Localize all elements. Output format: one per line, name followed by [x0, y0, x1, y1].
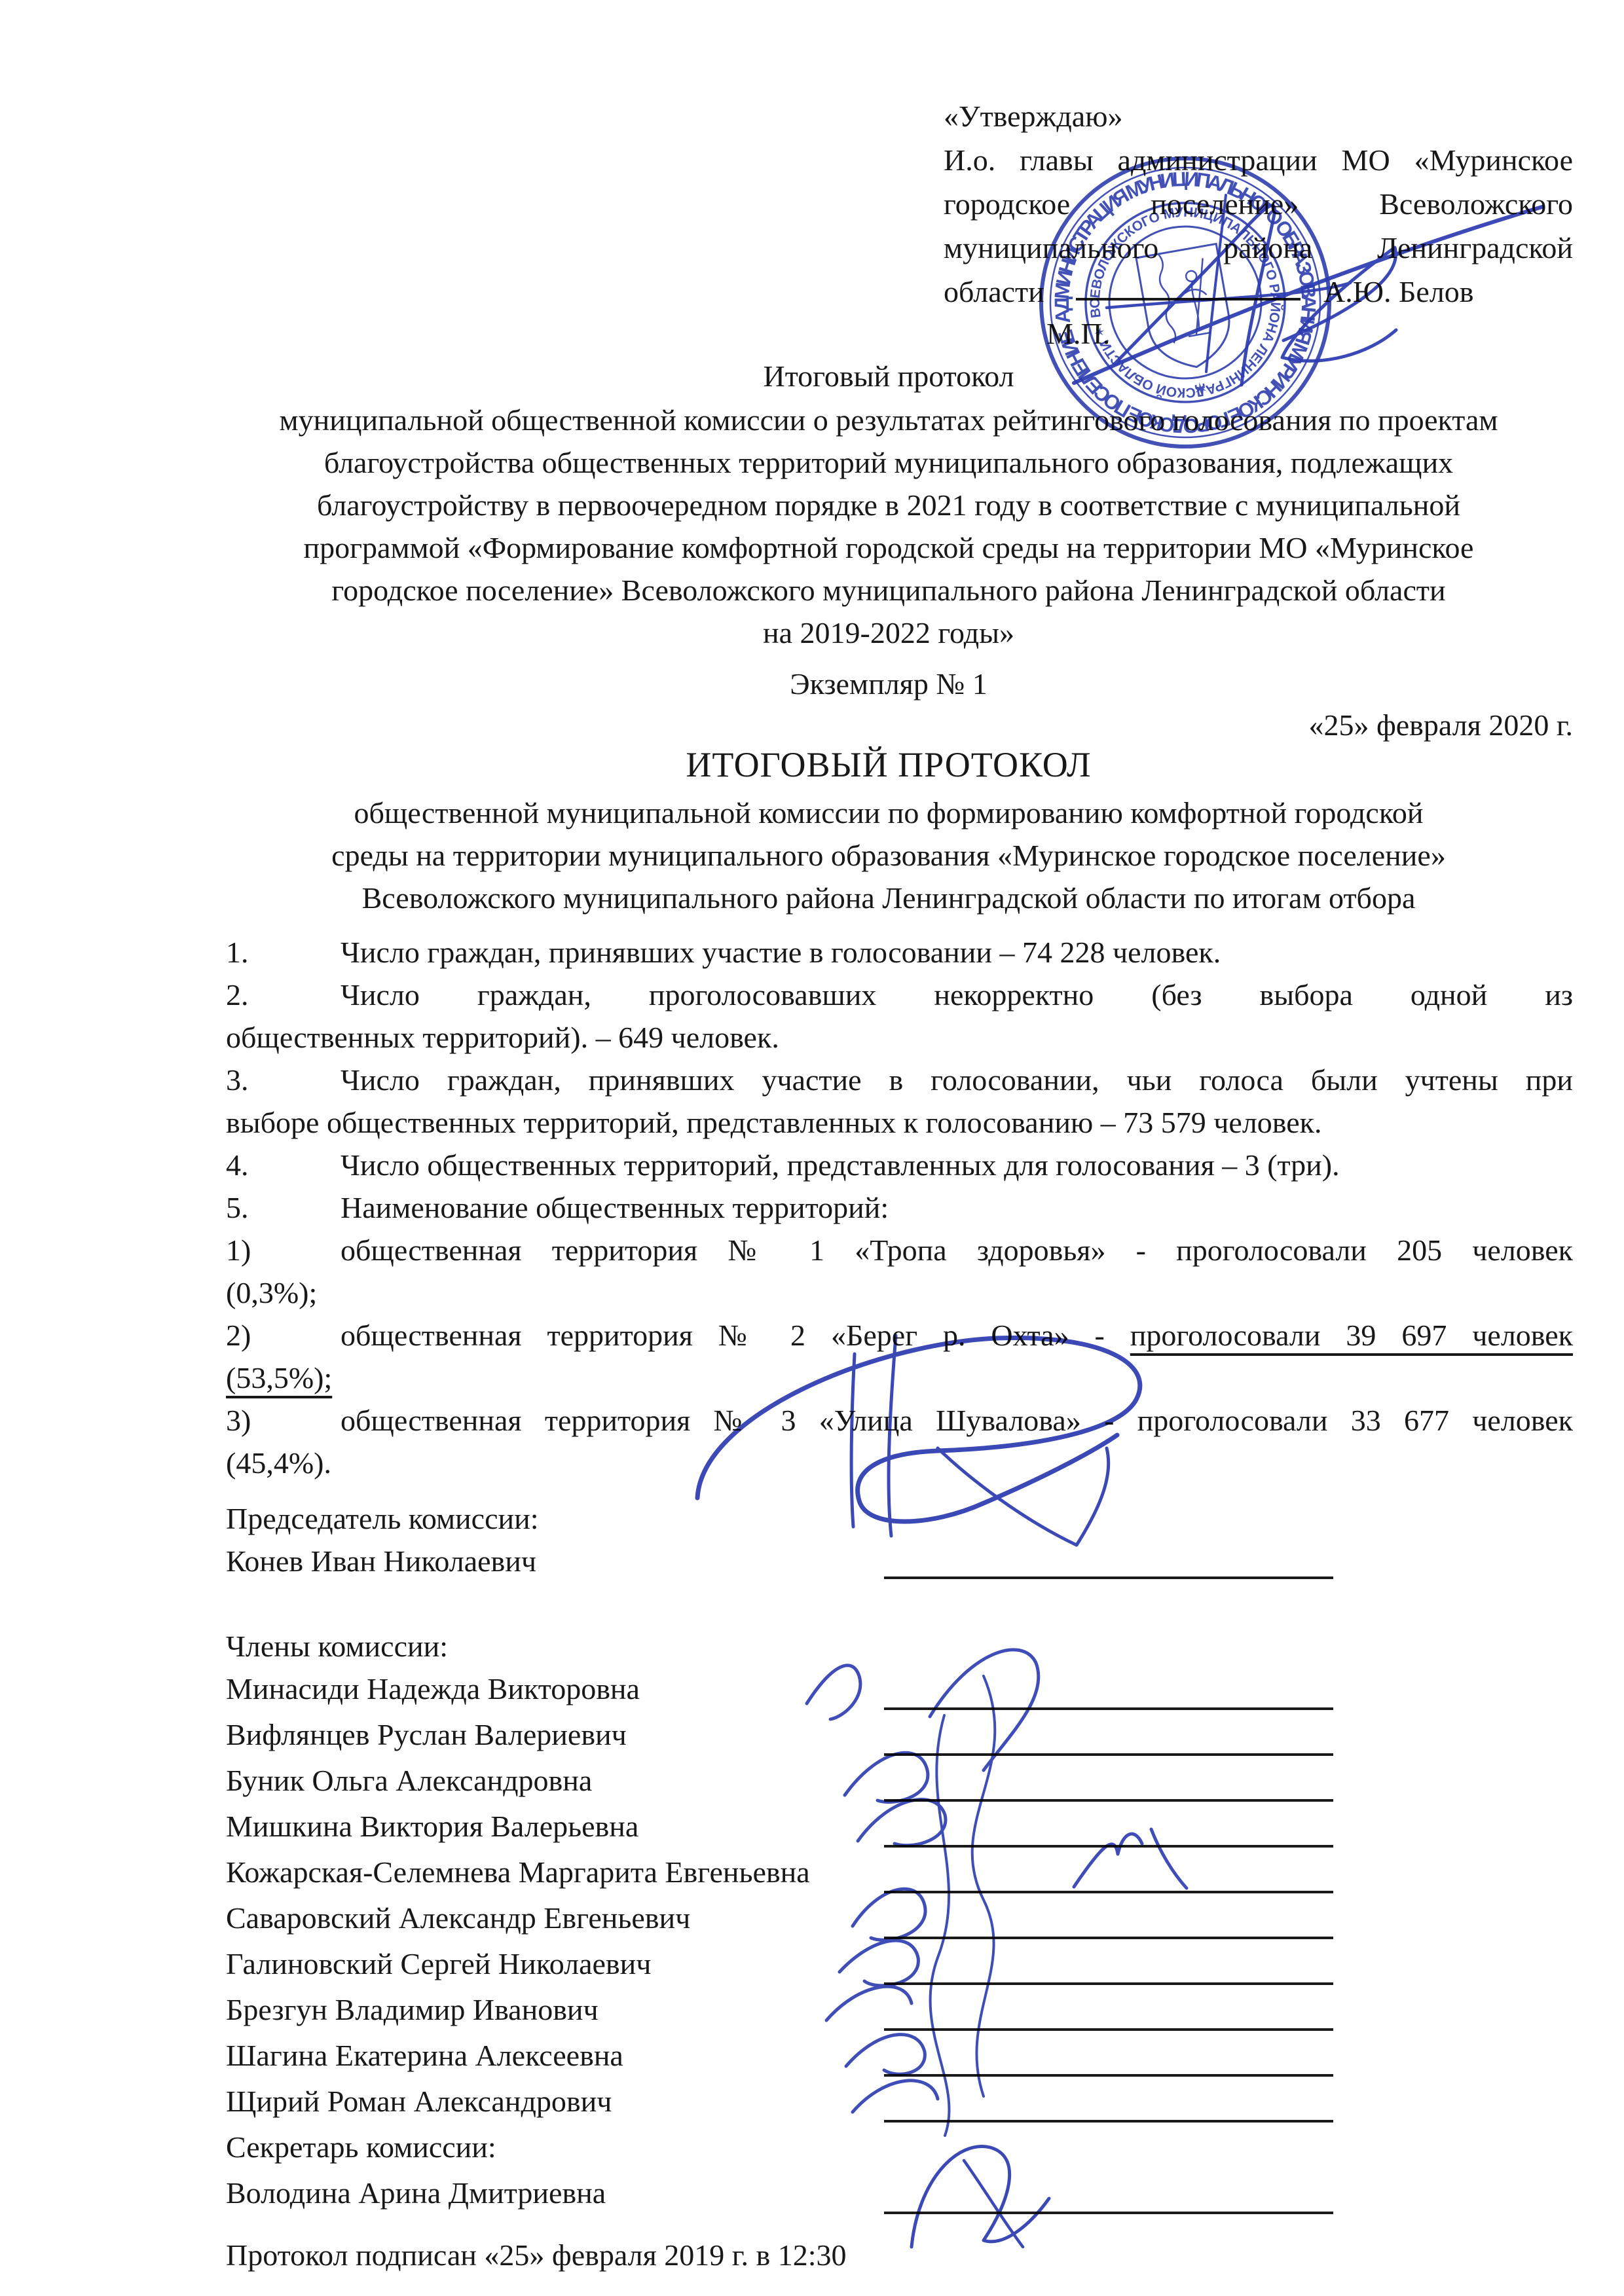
member-name: Щирий Роман Александрович — [226, 2082, 612, 2121]
signature-line — [884, 1937, 1333, 1939]
item-text: общественная территория № 3 «Улица Шувал… — [341, 1404, 1573, 1437]
seal-place-mark: М.П. — [1046, 314, 1110, 354]
title-line-6: на 2019-2022 годы» — [204, 613, 1573, 653]
item-number: 1) — [226, 1231, 341, 1270]
item-text: Число граждан, принявших участие в голос… — [341, 936, 1221, 969]
signature-line — [884, 2074, 1333, 2077]
body-line-1: 1.Число граждан, принявших участие в гол… — [226, 933, 1573, 972]
signature-line — [884, 2212, 1333, 2214]
member-name: Минасиди Надежда Викторовна — [226, 1669, 640, 1709]
item-text: общественных территорий). – 649 человек. — [226, 1021, 779, 1054]
item-number: 2. — [226, 975, 341, 1015]
item-number: 3) — [226, 1401, 341, 1440]
approval-line-1: «Утверждаю» — [944, 97, 1573, 136]
signature-line — [884, 1576, 1333, 1579]
signature-line — [884, 2028, 1333, 2031]
title-line-1: муниципальной общественной комиссии о ре… — [204, 401, 1573, 440]
item-number: 4. — [226, 1146, 341, 1185]
title-line-4: программой «Формирование комфортной горо… — [204, 528, 1573, 568]
secretary-label: Секретарь комиссии: — [226, 2128, 496, 2167]
signature-line — [884, 1707, 1333, 1710]
footer-signed-line: Протокол подписан «25» февраля 2019 г. в… — [226, 2236, 846, 2275]
signature-line — [884, 1982, 1333, 1985]
item-text: Число граждан, проголосовавших некоррект… — [341, 978, 1573, 1011]
body-line-5: выборе общественных территорий, представ… — [226, 1103, 1573, 1142]
item-text: общественная территория № 2 «Берег р. Ох… — [341, 1319, 1130, 1352]
body-line-8: 1)общественная территория № 1 «Тропа здо… — [226, 1231, 1573, 1270]
member-name: Кожарская-Селемнева Маргарита Евгеньевна — [226, 1853, 810, 1892]
item-text: общественная территория № 1 «Тропа здоро… — [341, 1233, 1573, 1267]
secretary-signature — [912, 2147, 1049, 2247]
body-line-3: общественных территорий). – 649 человек. — [226, 1018, 1573, 1057]
item-text: Число общественных территорий, представл… — [341, 1148, 1340, 1182]
title-line-3: благоустройству в первоочередном порядке… — [204, 486, 1573, 525]
body-line-4: 3.Число граждан, принявших участие в гол… — [226, 1061, 1573, 1100]
protocol-subtitle-1: общественной муниципальной комиссии по ф… — [204, 793, 1573, 833]
body-line-10: 2)общественная территория № 2 «Берег р. … — [226, 1316, 1573, 1355]
member-name: Саваровский Александр Евгеньевич — [226, 1899, 690, 1938]
signature-line — [884, 1799, 1333, 1802]
member-name: Буник Ольга Александровна — [226, 1761, 592, 1800]
title-line-2: благоустройства общественных территорий … — [204, 443, 1573, 483]
copy-label: Экземпляр № 1 — [204, 665, 1573, 704]
approval-signer-name: А.Ю. Белов — [1323, 272, 1474, 312]
signature-line — [884, 1753, 1333, 1756]
chairman-label: Председатель комиссии: — [226, 1499, 539, 1539]
chairman-name: Конев Иван Николаевич — [226, 1542, 536, 1581]
item-text: (45,4%). — [226, 1446, 331, 1480]
signature-line — [884, 2120, 1333, 2123]
secretary-name: Володина Арина Дмитриевна — [226, 2174, 606, 2213]
body-line-2: 2.Число граждан, проголосовавших некорре… — [226, 975, 1573, 1015]
signature-line — [884, 1891, 1333, 1893]
date-label: «25» февраля 2020 г. — [204, 706, 1573, 745]
item-number: 2) — [226, 1316, 341, 1355]
member-name: Вифлянцев Руслан Валериевич — [226, 1715, 627, 1755]
approval-line-3: городское поселение» Всеволожского — [944, 185, 1573, 224]
approval-line-4: муниципального района Ленинградской — [944, 228, 1573, 268]
item-number: 1. — [226, 933, 341, 972]
members-label: Члены комиссии: — [226, 1627, 448, 1666]
scanned-protocol-page: «Утверждаю» И.о. главы администрации МО … — [0, 0, 1624, 2296]
body-line-7: 5.Наименование общественных территорий: — [226, 1188, 1573, 1228]
underlined-result: (53,5%); — [226, 1361, 332, 1394]
member-name: Шагина Екатерина Алексеевна — [226, 2036, 623, 2075]
body-line-12: 3)общественная территория № 3 «Улица Шув… — [226, 1401, 1573, 1440]
signature-line — [884, 1845, 1333, 1848]
approval-signature-line — [1076, 298, 1301, 301]
title-line-5: городское поселение» Всеволожского муниц… — [204, 571, 1573, 610]
item-text: Наименование общественных территорий: — [341, 1191, 889, 1224]
body-line-9: (0,3%); — [226, 1273, 1573, 1313]
item-text: (0,3%); — [226, 1276, 317, 1309]
body-line-6: 4.Число общественных территорий, предста… — [226, 1146, 1573, 1185]
protocol-subtitle-2: среды на территории муниципального образ… — [204, 836, 1573, 875]
title-heading: Итоговый протокол — [204, 357, 1573, 396]
item-text: Число граждан, принявших участие в голос… — [341, 1063, 1573, 1097]
item-number: 3. — [226, 1061, 341, 1100]
member-name: Брезгун Владимир Иванович — [226, 1990, 599, 2030]
approval-line-5-region: области — [944, 272, 1044, 312]
item-number: 5. — [226, 1188, 341, 1228]
body-line-11: (53,5%); — [226, 1358, 1573, 1398]
protocol-heading: ИТОГОВЫЙ ПРОТОКОЛ — [204, 745, 1573, 784]
protocol-subtitle-3: Всеволожского муниципального района Лени… — [204, 879, 1573, 918]
member-name: Мишкина Виктория Валерьевна — [226, 1807, 638, 1846]
body-line-13: (45,4%). — [226, 1444, 1573, 1483]
approval-line-2: И.о. главы администрации МО «Муринское — [944, 141, 1573, 180]
item-text: выборе общественных территорий, представ… — [226, 1106, 1322, 1139]
underlined-result: проголосовали 39 697 человек — [1130, 1319, 1573, 1352]
member-name: Галиновский Сергей Николаевич — [226, 1944, 651, 1984]
